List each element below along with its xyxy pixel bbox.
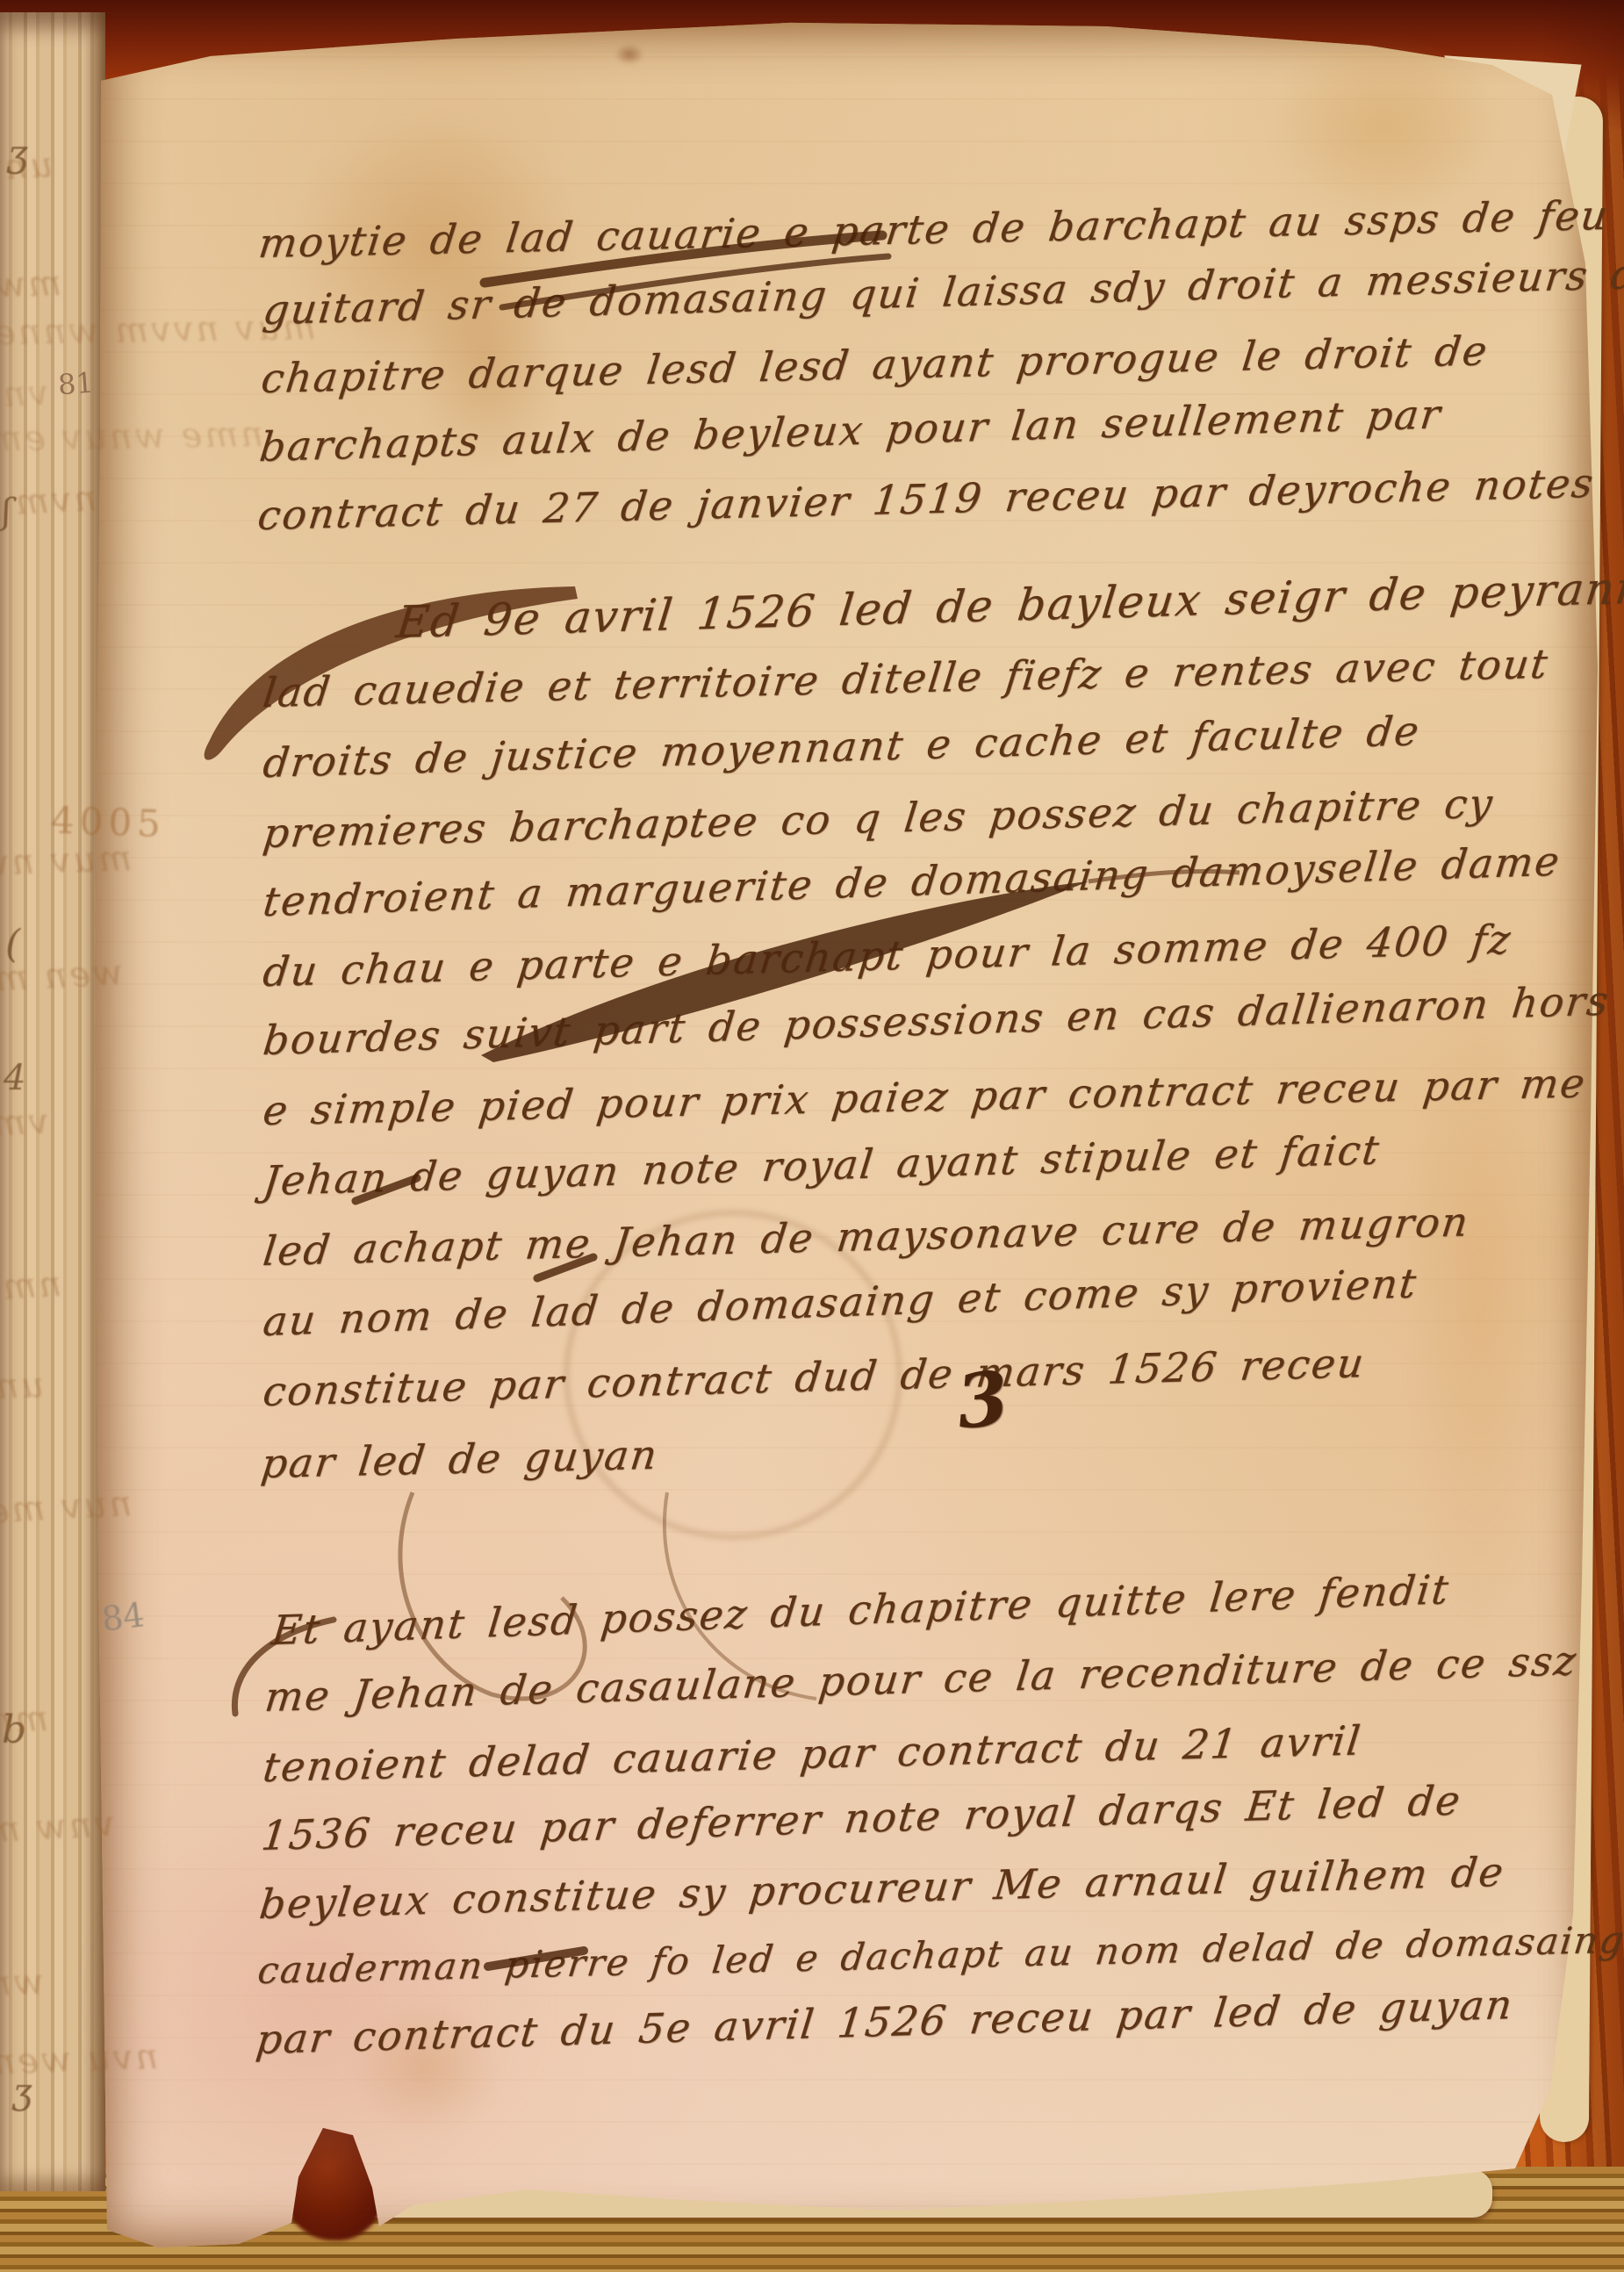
spine-ink-fragment: 4 bbox=[4, 1058, 25, 1098]
folio-number-81: 81 bbox=[57, 366, 95, 402]
folio-number-84: 84 bbox=[99, 1595, 146, 1639]
paper-stain bbox=[1264, 35, 1501, 219]
bleedthrough-line: nme wnuv em bbox=[0, 414, 263, 460]
paper-stain bbox=[614, 44, 644, 65]
manuscript-line: par led de guyan bbox=[259, 1431, 661, 1487]
margin-ghost-number: 4005 bbox=[50, 799, 167, 846]
bold-correction-numeral: 3 bbox=[952, 1354, 1012, 1446]
